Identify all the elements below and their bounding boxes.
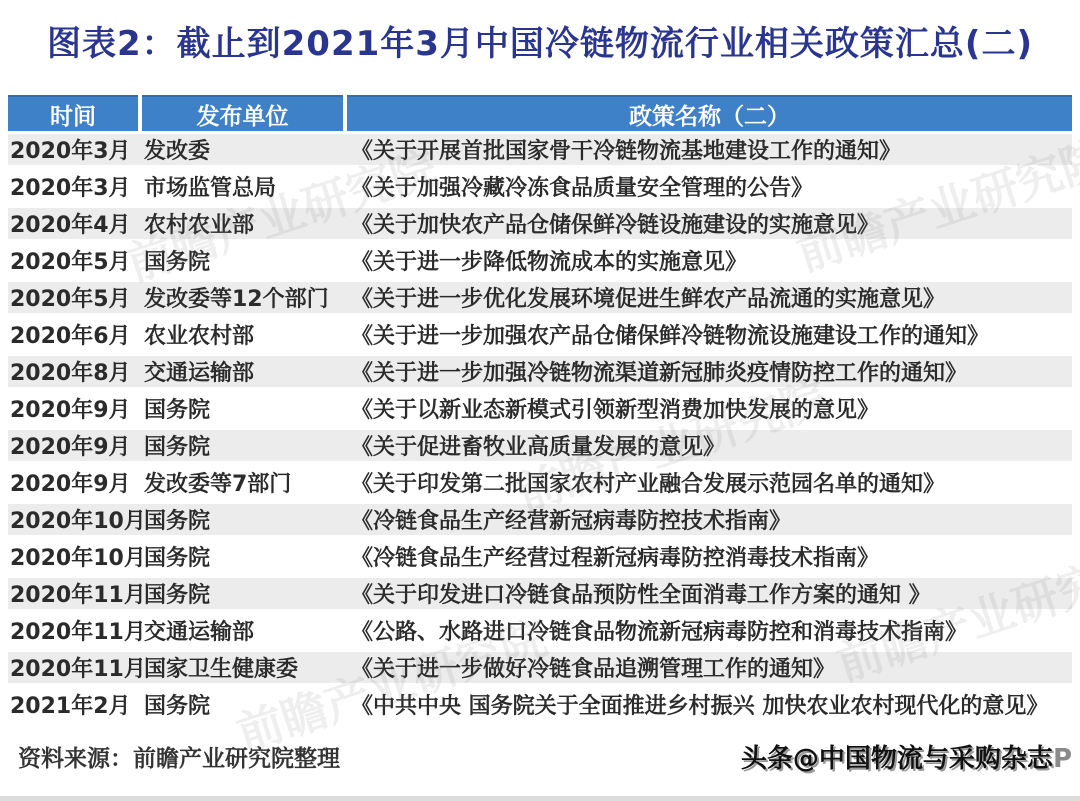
policy-cell: 《关于印发进口冷链食品预防性全面消毒工作方案的通知 》 bbox=[347, 578, 1072, 609]
table-row: 2020年9月国务院《关于促进畜牧业高质量发展的意见》 bbox=[8, 427, 1072, 464]
policy-cell: 《冷链食品生产经营过程新冠病毒防控消毒技术指南》 bbox=[347, 541, 1072, 572]
agency-cell: 国务院 bbox=[142, 504, 347, 535]
policy-cell: 《关于加快农产品仓储保鲜冷链设施建设的实施意见》 bbox=[347, 208, 1072, 239]
time-cell: 2021年2月 bbox=[8, 689, 142, 720]
policy-cell: 《关于进一步降低物流成本的实施意见》 bbox=[347, 245, 1072, 276]
agency-cell: 国务院 bbox=[142, 245, 347, 276]
agency-cell: 国家卫生健康委 bbox=[142, 652, 347, 683]
table-row: 2020年8月交通运输部《关于进一步加强冷链物流渠道新冠肺炎疫情防控工作的通知》 bbox=[8, 353, 1072, 390]
agency-cell: 发改委等7部门 bbox=[142, 467, 347, 498]
policy-cell: 《关于进一步加强冷链物流渠道新冠肺炎疫情防控工作的通知》 bbox=[347, 356, 1072, 387]
policy-cell: 《关于进一步做好冷链食品追溯管理工作的通知》 bbox=[347, 652, 1072, 683]
byline-overlap-text: P bbox=[1053, 744, 1072, 774]
time-cell: 2020年11月 bbox=[8, 652, 142, 683]
policy-cell: 《关于加强冷藏冷冻食品质量安全管理的公告》 bbox=[347, 171, 1072, 202]
table-row: 2020年4月农村农业部《关于加快农产品仓储保鲜冷链设施建设的实施意见》 bbox=[8, 205, 1072, 242]
policy-cell: 《关于进一步加强农产品仓储保鲜冷链物流设施建设工作的通知》 bbox=[347, 319, 1072, 350]
table-row: 2020年10月国务院《冷链食品生产经营过程新冠病毒防控消毒技术指南》 bbox=[8, 538, 1072, 575]
table-row: 2021年2月国务院《中共中央 国务院关于全面推进乡村振兴 加快农业农村现代化的… bbox=[8, 686, 1072, 723]
agency-cell: 发改委等12个部门 bbox=[142, 282, 347, 313]
agency-cell: 国务院 bbox=[142, 689, 347, 720]
policy-cell: 《关于印发第二批国家农村产业融合发展示范园名单的通知》 bbox=[347, 467, 1072, 498]
agency-cell: 农业农村部 bbox=[142, 319, 347, 350]
agency-cell: 国务院 bbox=[142, 393, 347, 424]
time-cell: 2020年10月 bbox=[8, 504, 142, 535]
agency-cell: 国务院 bbox=[142, 541, 347, 572]
table-row: 2020年5月发改委等12个部门《关于进一步优化发展环境促进生鲜农产品流通的实施… bbox=[8, 279, 1072, 316]
agency-cell: 农村农业部 bbox=[142, 208, 347, 239]
table-row: 2020年11月国家卫生健康委《关于进一步做好冷链食品追溯管理工作的通知》 bbox=[8, 649, 1072, 686]
source-note: 资料来源：前瞻产业研究院整理 bbox=[18, 740, 340, 773]
time-cell: 2020年9月 bbox=[8, 430, 142, 461]
policy-cell: 《关于开展首批国家骨干冷链物流基地建设工作的通知》 bbox=[347, 134, 1072, 165]
agency-cell: 交通运输部 bbox=[142, 615, 347, 646]
policy-cell: 《关于促进畜牧业高质量发展的意见》 bbox=[347, 430, 1072, 461]
table-row: 2020年10月国务院《冷链食品生产经营新冠病毒防控技术指南》 bbox=[8, 501, 1072, 538]
header-cell-agency: 发布单位 bbox=[142, 95, 343, 131]
time-cell: 2020年11月 bbox=[8, 578, 142, 609]
time-cell: 2020年5月 bbox=[8, 282, 142, 313]
table-row: 2020年9月发改委等7部门《关于印发第二批国家农村产业融合发展示范园名单的通知… bbox=[8, 464, 1072, 501]
bottom-edge-strip bbox=[0, 796, 1080, 801]
policy-cell: 《公路、水路进口冷链食品物流新冠病毒防控和消毒技术指南》 bbox=[347, 615, 1072, 646]
header-cell-policy: 政策名称（二） bbox=[347, 95, 1072, 131]
time-cell: 2020年9月 bbox=[8, 467, 142, 498]
header-cell-time: 时间 bbox=[8, 95, 138, 131]
table-header-row: 时间 发布单位 政策名称（二） bbox=[8, 95, 1072, 131]
figure-title: 图表2：截止到2021年3月中国冷链物流行业相关政策汇总(二) bbox=[0, 16, 1080, 65]
table-row: 2020年9月国务院《关于以新业态新模式引领新型消费加快发展的意见》 bbox=[8, 390, 1072, 427]
time-cell: 2020年5月 bbox=[8, 245, 142, 276]
time-cell: 2020年10月 bbox=[8, 541, 142, 572]
time-cell: 2020年11月 bbox=[8, 615, 142, 646]
time-cell: 2020年8月 bbox=[8, 356, 142, 387]
table-row: 2020年11月国务院《关于印发进口冷链食品预防性全面消毒工作方案的通知 》 bbox=[8, 575, 1072, 612]
table-row: 2020年3月市场监管总局《关于加强冷藏冷冻食品质量安全管理的公告》 bbox=[8, 168, 1072, 205]
policy-cell: 《冷链食品生产经营新冠病毒防控技术指南》 bbox=[347, 504, 1072, 535]
byline-watermark: 头条@中国物流与采购杂志P bbox=[741, 738, 1072, 775]
policy-cell: 《中共中央 国务院关于全面推进乡村振兴 加快农业农村现代化的意见》 bbox=[347, 689, 1072, 720]
table-row: 2020年3月发改委《关于开展首批国家骨干冷链物流基地建设工作的通知》 bbox=[8, 131, 1072, 168]
time-cell: 2020年9月 bbox=[8, 393, 142, 424]
time-cell: 2020年4月 bbox=[8, 208, 142, 239]
time-cell: 2020年3月 bbox=[8, 134, 142, 165]
table-row: 2020年5月国务院《关于进一步降低物流成本的实施意见》 bbox=[8, 242, 1072, 279]
agency-cell: 国务院 bbox=[142, 430, 347, 461]
agency-cell: 交通运输部 bbox=[142, 356, 347, 387]
agency-cell: 市场监管总局 bbox=[142, 171, 347, 202]
policy-cell: 《关于以新业态新模式引领新型消费加快发展的意见》 bbox=[347, 393, 1072, 424]
time-cell: 2020年6月 bbox=[8, 319, 142, 350]
table-body: 2020年3月发改委《关于开展首批国家骨干冷链物流基地建设工作的通知》2020年… bbox=[8, 131, 1072, 723]
agency-cell: 国务院 bbox=[142, 578, 347, 609]
time-cell: 2020年3月 bbox=[8, 171, 142, 202]
table-row: 2020年6月农业农村部《关于进一步加强农产品仓储保鲜冷链物流设施建设工作的通知… bbox=[8, 316, 1072, 353]
policy-table: 时间 发布单位 政策名称（二） 2020年3月发改委《关于开展首批国家骨干冷链物… bbox=[8, 95, 1072, 723]
byline-text: 头条@中国物流与采购杂志 bbox=[741, 744, 1053, 774]
table-row: 2020年11月交通运输部《公路、水路进口冷链食品物流新冠病毒防控和消毒技术指南… bbox=[8, 612, 1072, 649]
policy-cell: 《关于进一步优化发展环境促进生鲜农产品流通的实施意见》 bbox=[347, 282, 1072, 313]
agency-cell: 发改委 bbox=[142, 134, 347, 165]
